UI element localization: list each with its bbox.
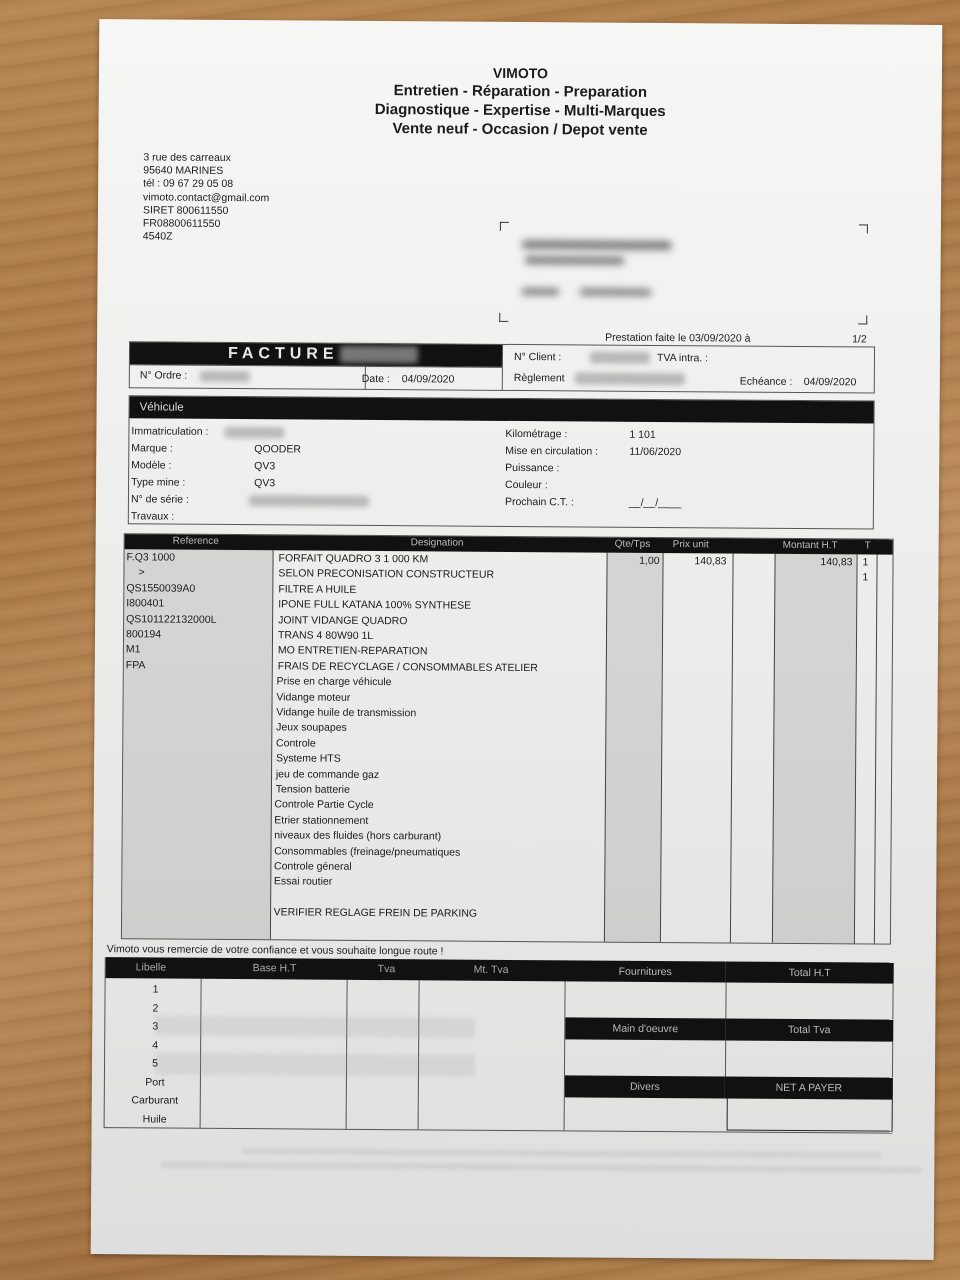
item-designation: IPONE FULL KATANA 100% SYNTHESE <box>278 599 471 612</box>
net-a-payer-header: NET A PAYER <box>725 1076 893 1099</box>
item-designation: MO ENTRETIEN-REPARATION <box>278 645 428 658</box>
item-designation: Prise en charge véhicule <box>276 676 391 689</box>
divers-header: Divers <box>565 1075 725 1098</box>
item-unit-price: 140,83 <box>694 555 726 567</box>
vehicle-field-label: Marque : <box>131 442 173 454</box>
item-designation: VERIFIER REGLAGE FREIN DE PARKING <box>274 906 478 919</box>
tax-row-label: Huile <box>105 1113 205 1126</box>
item-qty: 1,00 <box>639 555 660 567</box>
address-naf: 4540Z <box>143 231 269 245</box>
ordre-label: N° Ordre : <box>140 369 187 381</box>
vehicle-field-label: Puissance : <box>505 462 559 474</box>
tax-row-label: 5 <box>105 1057 205 1070</box>
address-street: 3 rue des carreaux <box>143 151 269 165</box>
tax-row-label: 3 <box>105 1020 205 1033</box>
item-reference: M1 <box>126 644 141 656</box>
address-phone: tél : 09 67 29 05 08 <box>143 178 269 192</box>
col-header-reference: Reference <box>173 536 219 547</box>
item-amount: 140,83 <box>820 556 852 568</box>
redacted-value <box>249 495 369 507</box>
item-designation: jeu de commande gaz <box>276 768 379 781</box>
tax-row-label: 4 <box>105 1039 205 1052</box>
item-designation: TRANS 4 80W90 1L <box>278 629 373 642</box>
item-designation: SELON PRECONISATION CONSTRUCTEUR <box>278 568 494 582</box>
item-reference: 800194 <box>126 628 161 640</box>
item-designation: FILTRE A HUILE <box>278 583 356 596</box>
item-reference: QS101122132000L <box>126 613 216 626</box>
tax-table-header: Libelle Base H.T Tva Mt. Tva <box>106 957 566 981</box>
tax-header-base-ht: Base H.T <box>253 962 297 974</box>
item-designation: Vidange moteur <box>276 691 350 704</box>
vehicle-field-value: __/__/____ <box>629 497 682 509</box>
invoice-paper: VIMOTO Entretien - Réparation - Preparat… <box>91 19 943 1260</box>
echeance-label: Echéance : <box>740 376 793 388</box>
item-reference: QS1550039A0 <box>126 582 195 594</box>
facture-title: FACTURE <box>228 345 339 364</box>
vehicle-field-value: 11/06/2020 <box>629 446 681 458</box>
item-reference: FPA <box>126 659 146 671</box>
item-designation: JOINT VIDANGE QUADRO <box>278 614 407 627</box>
total-ht-header: Total H.T <box>726 961 894 983</box>
item-designation: FORFAIT QUADRO 3 1 000 KM <box>279 552 429 565</box>
recipient-name-redacted <box>522 240 672 250</box>
tax-row-label: Carburant <box>105 1094 205 1107</box>
item-designation: Etrier stationnement <box>274 814 368 827</box>
company-header: VIMOTO Entretien - Réparation - Preparat… <box>99 61 943 142</box>
echeance-value: 04/09/2020 <box>804 376 857 388</box>
address-siret: SIRET 800611550 <box>143 204 269 218</box>
tax-header-mt-tva: Mt. Tva <box>474 964 509 976</box>
item-reference: I800401 <box>126 597 164 609</box>
vehicle-field-label: Immatriculation : <box>131 425 208 438</box>
address-email: vimoto.contact@gmail.com <box>143 191 269 205</box>
tax-row-label: 2 <box>105 1002 205 1015</box>
item-designation: Controle <box>276 737 316 749</box>
main-oeuvre-header: Main d'oeuvre <box>565 1017 725 1040</box>
client-label: N° Client : <box>514 351 561 363</box>
item-designation: FRAIS DE RECYCLAGE / CONSOMMABLES ATELIE… <box>278 660 538 674</box>
col-header-designation: Designation <box>411 537 464 548</box>
address-city: 95640 MARINES <box>143 165 269 179</box>
item-designation: Vidange huile de transmission <box>276 706 416 719</box>
tax-header-libelle: Libelle <box>136 961 166 973</box>
recipient-address-window <box>499 222 868 325</box>
net-a-payer-value-box <box>727 1098 893 1131</box>
vehicle-section-title: Véhicule <box>130 396 874 423</box>
col-header-unit-price: Prix unit <box>673 539 709 550</box>
invoice-number-redacted <box>340 346 418 364</box>
col-header-qty: Qte/Tps <box>615 539 651 550</box>
item-designation: Controle Partie Cycle <box>274 799 373 812</box>
date-label: Date : <box>362 373 390 385</box>
item-designation: Essai routier <box>274 876 332 888</box>
vehicle-field-label: Type mine : <box>131 476 185 488</box>
item-designation: Systeme HTS <box>276 753 341 765</box>
vehicle-field-label: Kilométrage : <box>505 428 567 440</box>
vehicle-field-value: 1 101 <box>629 429 655 441</box>
tax-row-label: 1 <box>106 983 206 996</box>
facture-title-bar: FACTURE <box>130 342 502 367</box>
tva-intra-label: TVA intra. : <box>657 352 708 364</box>
address-vat: FR08800611550 <box>143 217 269 231</box>
total-tva-header: Total Tva <box>725 1018 893 1041</box>
tax-header-tva: Tva <box>378 963 396 975</box>
col-header-amount: Montant H.T <box>783 540 838 551</box>
vehicle-field-value: QV3 <box>254 460 275 472</box>
company-address: 3 rue des carreaux 95640 MARINES tél : 0… <box>143 151 270 244</box>
prestation-date: Prestation faite le 03/09/2020 à <box>605 332 750 345</box>
vehicle-section: Véhicule Immatriculation :Marque :QOODER… <box>128 395 875 529</box>
vehicle-field-label: Modèle : <box>131 459 171 471</box>
vehicle-field-label: Mise en circulation : <box>505 445 598 458</box>
vehicle-field-label: Prochain C.T. : <box>505 496 574 508</box>
item-reference: > <box>138 567 144 579</box>
date-value: 04/09/2020 <box>402 373 455 385</box>
vehicle-field-label: Couleur : <box>505 479 548 491</box>
vehicle-field-label: Travaux : <box>131 510 174 522</box>
items-table: Reference Designation Qte/Tps Prix unit … <box>121 533 894 944</box>
redacted-value <box>224 427 284 438</box>
vehicle-field-value: QV3 <box>254 477 275 489</box>
fournitures-header: Fournitures <box>565 960 726 982</box>
item-designation: Consommables (freinage/pneumatiques <box>274 845 460 858</box>
reglement-label: Règlement <box>514 372 565 384</box>
totals-section: Libelle Base H.T Tva Mt. Tva 12345PortCa… <box>104 957 894 1134</box>
item-reference: F.Q3 1000 <box>127 551 176 563</box>
thanks-message: Vimoto vous remercie de votre confiance … <box>107 943 444 957</box>
page-number: 1/2 <box>852 333 867 345</box>
item-designation: Controle géneral <box>274 860 352 873</box>
invoice-header-box: FACTURE N° Ordre : Date : 04/09/2020 N° … <box>129 341 875 393</box>
item-tax-code: 1 <box>862 572 868 584</box>
tax-row-label: Port <box>105 1076 205 1089</box>
vehicle-field-value: QOODER <box>254 443 301 455</box>
item-designation: Jeux soupapes <box>276 722 347 734</box>
item-designation: Tension batterie <box>276 783 350 796</box>
col-header-t: T <box>865 540 871 551</box>
item-designation: niveaux des fluides (hors carburant) <box>274 830 441 843</box>
vehicle-field-label: N° de série : <box>131 493 189 505</box>
item-tax-code: 1 <box>863 556 869 568</box>
